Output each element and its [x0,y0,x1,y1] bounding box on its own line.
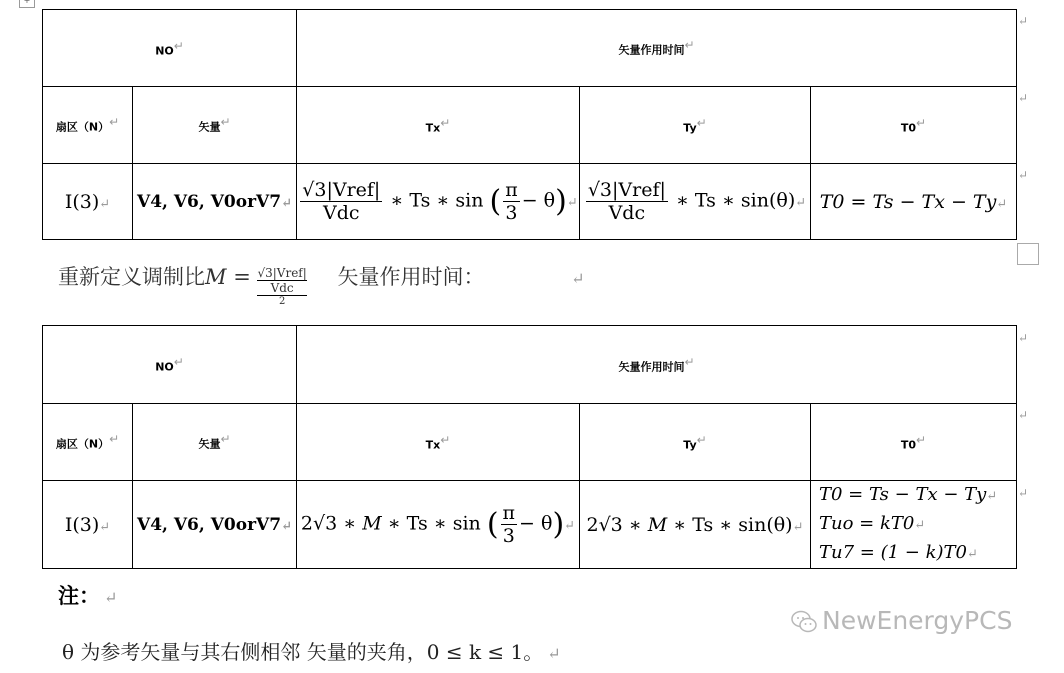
tuo-line: Tuo = kT0↵ [819,510,1016,539]
cell-ty-formula: √3|Vref|Vdc ∗ Ts ∗ sin(θ)↵ [580,164,811,240]
header-t0: T0↵ [811,404,1017,481]
header-vector: 矢量↵ [133,404,297,481]
tu7-line: Tu7 = (1 − k)T0↵ [819,539,1016,568]
modulation-ratio-paragraph: 重新定义调制比M = √3|Vref| Vdc 2 矢量作用时间： ↵ [58,258,585,299]
table-anchor-handle[interactable]: + [19,0,35,8]
header-ty: Ty↵ [580,404,811,481]
header-no: NO↵ [43,10,297,87]
cell-vectors: V4, V6, V0orV7↵ [133,164,297,240]
header-vector-time: 矢量作用时间↵ [297,10,1017,87]
cell-ty-formula: 2√3 ∗ M ∗ Ts ∗ sin(θ)↵ [580,481,811,569]
cell-vectors: V4, V6, V0orV7↵ [133,481,297,569]
row-end-mark: ↵ [1018,91,1028,105]
cell-sector: I(3)↵ [43,481,133,569]
header-tx: Tx↵ [297,87,580,164]
wechat-icon [790,609,818,635]
header-ty: Ty↵ [580,87,811,164]
cell-t0-formula: T0 = Ts − Tx − Ty↵ [811,164,1017,240]
cell-tx-formula: √3|Vref|Vdc ∗ Ts ∗ sin (π3− θ)↵ [297,164,580,240]
row-end-mark: ↵ [1018,331,1028,345]
modulation-fraction: √3|Vref| Vdc 2 [257,266,306,307]
cell-tx-formula: 2√3 ∗ M ∗ Ts ∗ sin (π3− θ)↵ [297,481,580,569]
row-end-mark: ↵ [1018,168,1028,182]
cell-t0-formulas: T0 = Ts − Tx − Ty↵ Tuo = kT0↵ Tu7 = (1 −… [811,481,1017,569]
header-sector: 扇区（N）↵ [43,87,133,164]
header-vector-time: 矢量作用时间↵ [297,326,1017,404]
vector-time-table-1: NO↵ 矢量作用时间↵ 扇区（N）↵ 矢量↵ Tx↵ Ty↵ T0↵ I(3)↵… [42,9,1017,240]
note-label: 注：↵ [58,580,117,610]
cell-sector: I(3)↵ [43,164,133,240]
t0-line: T0 = Ts − Tx − Ty↵ [819,481,1016,510]
row-end-mark: ↵ [1018,14,1028,28]
header-t0: T0↵ [811,87,1017,164]
watermark: NewEnergyPCS [790,606,1012,635]
header-sector: 扇区（N）↵ [43,404,133,481]
vector-time-table-2: NO↵ 矢量作用时间↵ 扇区（N）↵ 矢量↵ Tx↵ Ty↵ T0↵ I(3)↵… [42,325,1017,569]
row-end-mark: ↵ [1018,408,1028,422]
row-end-mark: ↵ [1018,486,1028,500]
footnote-text: θ 为参考矢量与其右侧相邻 矢量的夹角，0 ≤ k ≤ 1。↵ [62,636,561,665]
header-no: NO↵ [43,326,297,404]
resize-handle[interactable] [1017,243,1039,265]
header-tx: Tx↵ [297,404,580,481]
header-vector: 矢量↵ [133,87,297,164]
